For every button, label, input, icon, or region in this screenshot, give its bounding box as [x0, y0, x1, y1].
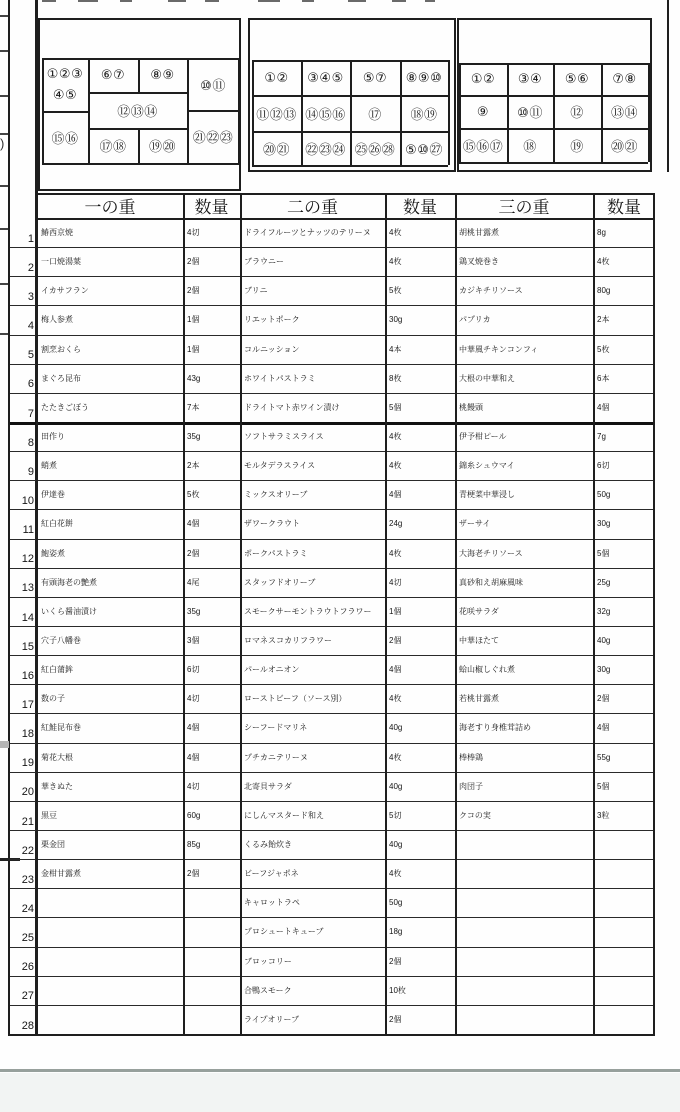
quantity-cell: 4切: [184, 772, 239, 801]
quantity-cell: 1個: [386, 597, 454, 626]
quantity-cell: 6切: [594, 451, 654, 480]
menu-item-cell: 数の子: [38, 684, 182, 713]
menu-item-cell: スタッフドオリーブ: [241, 568, 384, 597]
grid-line: [0, 333, 8, 335]
menu-item-cell: 大根の中華和え: [456, 364, 592, 393]
menu-item-cell: ライプオリーブ: [241, 1005, 384, 1034]
quantity-cell: 4個: [386, 480, 454, 509]
quantity-cell: 5個: [594, 539, 654, 568]
quantity-cell: 4個: [184, 713, 239, 742]
quantity-cell: 5個: [594, 772, 654, 801]
compartment-numbers: ⑩⑪: [187, 58, 239, 110]
row-number: 25: [9, 931, 34, 946]
quantity-cell: 6本: [594, 364, 654, 393]
compartment-numbers: ①②: [252, 60, 301, 95]
menu-item-cell: 梅人参煮: [38, 305, 182, 334]
menu-item-cell: ブロッコリー: [241, 947, 384, 976]
quantity-cell: 4枚: [386, 247, 454, 276]
quantity-cell: 24g: [386, 509, 454, 538]
row-number: 13: [9, 581, 34, 596]
menu-item-cell: 若桃甘露煮: [456, 684, 592, 713]
quantity-cell: 4本: [386, 335, 454, 364]
column-header: 三の重: [455, 193, 593, 218]
quantity-cell: 4個: [184, 509, 239, 538]
grid-line: [0, 15, 8, 17]
row-number: 6: [9, 377, 34, 392]
menu-item-cell: ドライフルーツとナッツのテリーヌ: [241, 218, 384, 247]
grid-line: [302, 0, 314, 2]
menu-item-cell: 黒豆: [38, 801, 182, 830]
menu-item-cell: 肉団子: [456, 772, 592, 801]
compartment-numbers: ⑤⑥: [553, 63, 601, 95]
row-number: 19: [9, 756, 34, 771]
grid-line: [0, 50, 8, 52]
quantity-cell: 4枚: [386, 859, 454, 888]
menu-item-cell: 鮑姿煮: [38, 539, 182, 568]
quantity-cell: 50g: [386, 888, 454, 917]
quantity-cell: 4切: [386, 568, 454, 597]
compartment-numbers: ⑨: [459, 95, 507, 128]
menu-item-cell: 海老すり身椎茸詰め: [456, 713, 592, 742]
row-number: 26: [9, 960, 34, 975]
menu-item-cell: 錦糸シュウマイ: [456, 451, 592, 480]
menu-item-cell: 穴子八幡巻: [38, 626, 182, 655]
menu-item-cell: 紅鮭昆布巻: [38, 713, 182, 742]
quantity-cell: 7g: [594, 422, 654, 451]
quantity-cell: 3粒: [594, 801, 654, 830]
row-number: 22: [9, 843, 34, 858]
row-number: 10: [9, 493, 34, 508]
menu-item-cell: まぐろ昆布: [38, 364, 182, 393]
grid-line: [78, 0, 98, 2]
menu-item-cell: 合鴨スモーク: [241, 976, 384, 1005]
menu-item-cell: ロマネスコカリフラワー: [241, 626, 384, 655]
quantity-cell: 5切: [386, 801, 454, 830]
compartment-numbers: ⑱⑲: [400, 95, 448, 131]
menu-item-cell: 鶏叉焼巻き: [456, 247, 592, 276]
grid-line: [42, 163, 239, 165]
grid-line: [42, 0, 56, 2]
grid-line: [0, 185, 8, 187]
quantity-cell: 4個: [184, 743, 239, 772]
menu-item-cell: スモークサーモントラウトフラワー: [241, 597, 384, 626]
menu-item-cell: 紅白蒲鉾: [38, 655, 182, 684]
row-number: 9: [9, 464, 34, 479]
menu-item-cell: 中華ほたて: [456, 626, 592, 655]
menu-item-cell: 栗金団: [38, 830, 182, 859]
quantity-cell: 8g: [594, 218, 654, 247]
quantity-cell: 55g: [594, 743, 654, 772]
menu-item-cell: 田作り: [38, 422, 182, 451]
menu-item-cell: リエットポーク: [241, 305, 384, 334]
compartment-numbers: ⑰: [350, 95, 400, 131]
row-number: 16: [9, 668, 34, 683]
menu-item-cell: 割烹おくら: [38, 335, 182, 364]
menu-item-cell: 一口焼湯葉: [38, 247, 182, 276]
compartment-numbers: ⑬⑭: [601, 95, 648, 128]
menu-item-cell: ポークパストラミ: [241, 539, 384, 568]
quantity-cell: 4個: [386, 655, 454, 684]
quantity-cell: 5枚: [594, 335, 654, 364]
menu-item-cell: 真砂和え胡麻風味: [456, 568, 592, 597]
menu-item-cell: ミックスオリーブ: [241, 480, 384, 509]
row-number: 23: [9, 872, 34, 887]
quantity-cell: 2本: [594, 305, 654, 334]
row-number: 12: [9, 552, 34, 567]
menu-item-cell: ホワイトパストラミ: [241, 364, 384, 393]
compartment-numbers: ⑲: [553, 128, 601, 162]
compartment-numbers: ⑫⑬⑭: [88, 92, 187, 128]
row-number: 18: [9, 727, 34, 742]
row-number: 14: [9, 610, 34, 625]
menu-item-cell: 北寄貝サラダ: [241, 772, 384, 801]
compartment-numbers: ①②: [459, 63, 507, 95]
row-number: 8: [9, 435, 34, 450]
compartment-numbers: ⑤⑩㉗: [400, 131, 448, 165]
left-cut-circled-number-fragment: ): [0, 134, 8, 152]
quantity-cell: 2個: [184, 276, 239, 305]
quantity-cell: 40g: [386, 772, 454, 801]
quantity-cell: 4個: [594, 713, 654, 742]
compartment-numbers: ⑫: [553, 95, 601, 128]
row-number: 2: [9, 260, 34, 275]
quantity-cell: 1個: [184, 335, 239, 364]
row-number: 7: [9, 406, 34, 421]
menu-item-cell: 大海老チリソース: [456, 539, 592, 568]
menu-item-cell: イカサフラン: [38, 276, 182, 305]
compartment-numbers: ⑧⑨⑩: [400, 60, 448, 95]
menu-item-cell: ブリニ: [241, 276, 384, 305]
quantity-cell: 4枚: [386, 218, 454, 247]
menu-item-cell: ザーサイ: [456, 509, 592, 538]
quantity-cell: 43g: [184, 364, 239, 393]
quantity-cell: 2本: [184, 451, 239, 480]
column-header: 数量: [385, 193, 455, 218]
compartment-numbers: ⑳㉑: [252, 131, 301, 165]
compartment-numbers: ㉑㉒㉓: [187, 110, 239, 163]
menu-item-cell: 蛸煮: [38, 451, 182, 480]
menu-item-cell: 金柑甘露煮: [38, 859, 182, 888]
compartment-numbers: ①②③ ④⑤: [42, 58, 88, 111]
quantity-cell: 2個: [386, 1005, 454, 1034]
quantity-cell: 5個: [386, 393, 454, 422]
quantity-cell: 4切: [184, 218, 239, 247]
quantity-cell: 4枚: [386, 422, 454, 451]
menu-item-cell: シーフードマリネ: [241, 713, 384, 742]
compartment-numbers: ⑧⑨: [138, 58, 187, 92]
grid-line: [258, 0, 280, 2]
quantity-cell: 5枚: [184, 480, 239, 509]
quantity-cell: 35g: [184, 597, 239, 626]
scanned-osechi-menu-page: ) ①②③ ④⑤⑥⑦⑧⑨⑩⑪⑫⑬⑭⑮⑯⑰⑱⑲⑳㉑㉒㉓ ①②③④⑤⑤⑦⑧⑨⑩⑪⑫⑬…: [0, 0, 680, 1112]
compartment-numbers: ⑤⑦: [350, 60, 400, 95]
quantity-cell: 2個: [184, 859, 239, 888]
grid-line: [120, 0, 132, 2]
grid-line: [252, 165, 448, 167]
grid-line: [0, 95, 8, 97]
quantity-cell: 4枚: [386, 684, 454, 713]
quantity-cell: 4尾: [184, 568, 239, 597]
row-number: 1: [9, 231, 34, 246]
menu-item-cell: キャロットラペ: [241, 888, 384, 917]
quantity-cell: 50g: [594, 480, 654, 509]
menu-item-cell: 青梗菜中華浸し: [456, 480, 592, 509]
quantity-cell: 85g: [184, 830, 239, 859]
menu-item-cell: 桃饅頭: [456, 393, 592, 422]
quantity-cell: 2個: [594, 684, 654, 713]
row-number: 17: [9, 697, 34, 712]
quantity-cell: 40g: [594, 626, 654, 655]
grid-line: [667, 0, 669, 172]
compartment-numbers: ⑳㉑: [601, 128, 648, 162]
quantity-cell: 35g: [184, 422, 239, 451]
quantity-cell: 7本: [184, 393, 239, 422]
menu-item-cell: 中華風チキンコンフィ: [456, 335, 592, 364]
quantity-cell: 32g: [594, 597, 654, 626]
quantity-cell: 3個: [184, 626, 239, 655]
menu-item-cell: 紅白花餅: [38, 509, 182, 538]
compartment-numbers: ⑭⑮⑯: [301, 95, 350, 131]
grid-line: [448, 60, 450, 165]
row-number: 15: [9, 639, 34, 654]
menu-item-cell: たたきごぼう: [38, 393, 182, 422]
menu-item-cell: 棒棒鶏: [456, 743, 592, 772]
quantity-cell: 1個: [184, 305, 239, 334]
compartment-numbers: ㉕㉖㉘: [350, 131, 400, 165]
quantity-cell: 40g: [386, 713, 454, 742]
menu-item-cell: ソフトサラミスライス: [241, 422, 384, 451]
row-number: 3: [9, 289, 34, 304]
menu-item-cell: 胡桃甘露煮: [456, 218, 592, 247]
menu-item-cell: ブラウニー: [241, 247, 384, 276]
quantity-cell: 5枚: [386, 276, 454, 305]
row-number: 21: [9, 814, 34, 829]
menu-item-cell: ドライトマト赤ワイン漬け: [241, 393, 384, 422]
compartment-numbers: ⑮⑯: [42, 111, 88, 163]
row-number: 4: [9, 319, 34, 334]
menu-item-cell: 伊達巻: [38, 480, 182, 509]
menu-item-cell: プチカニテリーヌ: [241, 743, 384, 772]
quantity-cell: 2個: [386, 626, 454, 655]
compartment-numbers: ⑮⑯⑰: [459, 128, 507, 162]
compartment-numbers: ⑩⑪: [507, 95, 553, 128]
quantity-cell: 4枚: [386, 743, 454, 772]
compartment-numbers: ⑦⑧: [601, 63, 648, 95]
menu-item-cell: 鰆西京焼: [38, 218, 182, 247]
menu-item-cell: コルニッション: [241, 335, 384, 364]
grid-line: [0, 741, 9, 748]
menu-item-cell: パプリカ: [456, 305, 592, 334]
compartment-numbers: ⑰⑱: [88, 128, 138, 163]
column-header: 数量: [183, 193, 240, 218]
menu-item-cell: 華きぬた: [38, 772, 182, 801]
compartment-numbers: ③④: [507, 63, 553, 95]
quantity-cell: 40g: [386, 830, 454, 859]
menu-item-cell: ビーフジャポネ: [241, 859, 384, 888]
grid-line: [348, 0, 366, 2]
compartment-numbers: ㉒㉓㉔: [301, 131, 350, 165]
quantity-cell: 2個: [184, 247, 239, 276]
menu-item-cell: ザワークラウト: [241, 509, 384, 538]
row-number: 5: [9, 348, 34, 363]
grid-line: [8, 1034, 655, 1036]
row-number: 27: [9, 989, 34, 1004]
menu-item-cell: にしんマスタード和え: [241, 801, 384, 830]
row-number: 24: [9, 901, 34, 916]
quantity-cell: 18g: [386, 917, 454, 946]
quantity-cell: 4個: [594, 393, 654, 422]
menu-item-cell: 有頭海老の艶煮: [38, 568, 182, 597]
compartment-numbers: ⑪⑫⑬: [252, 95, 301, 131]
menu-item-cell: 菊花大根: [38, 743, 182, 772]
compartment-numbers: ⑲⑳: [138, 128, 187, 163]
grid-line: [0, 283, 8, 285]
grid-line: [205, 0, 219, 2]
quantity-cell: 30g: [386, 305, 454, 334]
row-number: 20: [9, 785, 34, 800]
menu-item-cell: モルタデラスライス: [241, 451, 384, 480]
row-number: 28: [9, 1018, 34, 1033]
quantity-cell: 4切: [184, 684, 239, 713]
compartment-numbers: ⑥⑦: [88, 58, 138, 92]
quantity-cell: 2個: [184, 539, 239, 568]
quantity-cell: 60g: [184, 801, 239, 830]
quantity-cell: 4枚: [594, 247, 654, 276]
column-header: 二の重: [240, 193, 385, 218]
menu-item-cell: 蛤山椒しぐれ煮: [456, 655, 592, 684]
menu-item-cell: プロシュートキューブ: [241, 917, 384, 946]
menu-item-cell: いくら醤油漬け: [38, 597, 182, 626]
grid-line: [648, 63, 650, 162]
quantity-cell: 30g: [594, 509, 654, 538]
quantity-cell: 80g: [594, 276, 654, 305]
grid-line: [0, 228, 8, 230]
grid-line: [392, 0, 406, 2]
quantity-cell: 6切: [184, 655, 239, 684]
menu-item-cell: ローストビーフ（ソース別）: [241, 684, 384, 713]
compartment-numbers: ③④⑤: [301, 60, 350, 95]
grid-line: [425, 0, 435, 2]
menu-item-cell: カジキチリソース: [456, 276, 592, 305]
menu-item-cell: 伊予柑ピール: [456, 422, 592, 451]
column-header: 数量: [593, 193, 655, 218]
viewer-bottom-area: [0, 1073, 680, 1112]
menu-item-cell: クコの実: [456, 801, 592, 830]
grid-line: [168, 0, 186, 2]
grid-line: [459, 162, 648, 164]
quantity-cell: 4枚: [386, 539, 454, 568]
quantity-cell: 2個: [386, 947, 454, 976]
quantity-cell: 8枚: [386, 364, 454, 393]
compartment-numbers: ⑱: [507, 128, 553, 162]
row-number: 11: [9, 523, 34, 538]
quantity-cell: 10枚: [386, 976, 454, 1005]
quantity-cell: 4枚: [386, 451, 454, 480]
column-header: 一の重: [37, 193, 183, 218]
menu-item-cell: 花咲サラダ: [456, 597, 592, 626]
menu-item-cell: パールオニオン: [241, 655, 384, 684]
page-bottom-separator: [0, 1069, 680, 1072]
menu-item-cell: くるみ飴炊き: [241, 830, 384, 859]
quantity-cell: 25g: [594, 568, 654, 597]
quantity-cell: 30g: [594, 655, 654, 684]
